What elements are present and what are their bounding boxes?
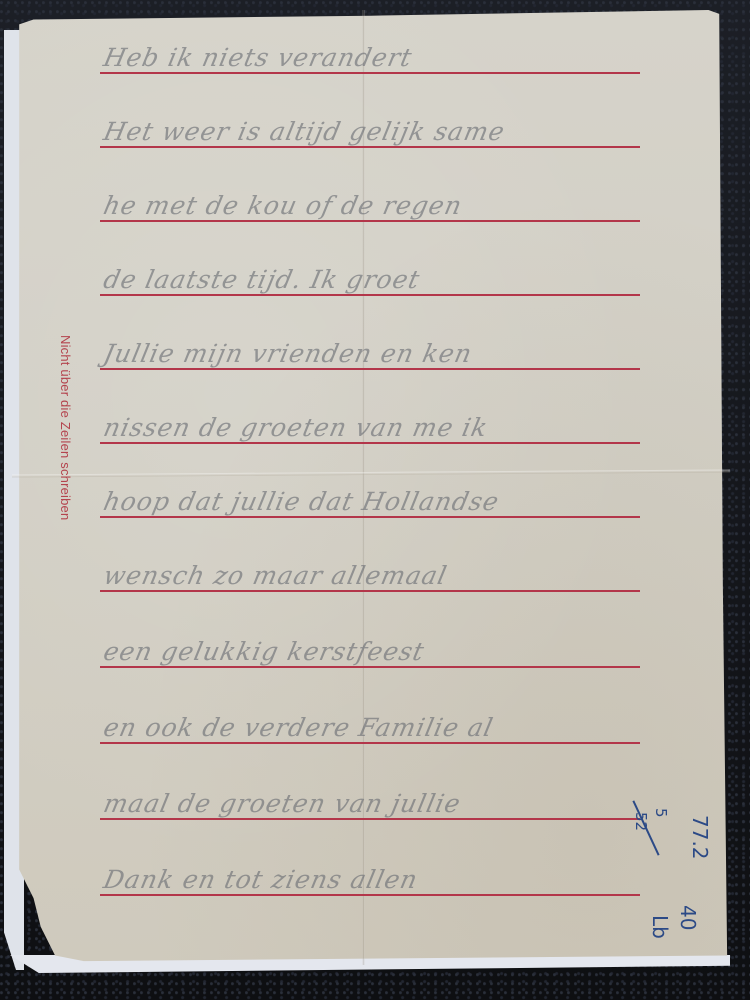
handwritten-text: en ook de verdere Familie al — [101, 713, 496, 742]
handwritten-text: een gelukkig kerstfeest — [101, 637, 427, 666]
ruled-line: Het weer is altijd gelijk same — [100, 78, 640, 148]
handwritten-text: Heb ik niets verandert — [101, 43, 415, 72]
red-rule-line — [100, 220, 640, 222]
ruled-line: een gelukkig kerstfeest — [100, 598, 640, 668]
pen-annotation-bottom: Lb — [648, 915, 672, 939]
handwritten-text: Jullie mijn vrienden en ken — [101, 339, 475, 368]
pen-annotation-fraction-denominator: 52 — [632, 812, 650, 831]
red-rule-line — [100, 516, 640, 518]
handwritten-text: maal de groeten van jullie — [101, 789, 464, 818]
red-rule-line — [100, 368, 640, 370]
ruled-line: Heb ik niets verandert — [100, 4, 640, 74]
ruled-line: maal de groeten van jullie — [100, 750, 640, 820]
red-rule-line — [100, 742, 640, 744]
margin-instruction: Nicht über die Zeilen schreiben — [58, 335, 73, 520]
handwritten-text: he met de kou of de regen — [101, 191, 465, 220]
pen-annotation-middle: 40 — [676, 905, 700, 930]
ruled-line: de laatste tijd. Ik groet — [100, 226, 640, 296]
ruled-line: hoop dat jullie dat Hollandse — [100, 448, 640, 518]
red-rule-line — [100, 442, 640, 444]
handwritten-text: Het weer is altijd gelijk same — [101, 117, 508, 146]
red-rule-line — [100, 590, 640, 592]
ruled-line: Dank en tot ziens allen — [100, 826, 640, 896]
handwritten-text: nissen de groeten van me ik — [101, 413, 491, 442]
ruled-line: en ook de verdere Familie al — [100, 674, 640, 744]
handwritten-text: wensch zo maar allemaal — [101, 561, 450, 590]
red-rule-line — [100, 294, 640, 296]
red-rule-line — [100, 894, 640, 896]
ruled-line: he met de kou of de regen — [100, 152, 640, 222]
handwritten-text: Dank en tot ziens allen — [101, 865, 421, 894]
ruled-line: nissen de groeten van me ik — [100, 374, 640, 444]
red-rule-line — [100, 146, 640, 148]
ruled-line: Jullie mijn vrienden en ken — [100, 300, 640, 370]
ruled-line: wensch zo maar allemaal — [100, 522, 640, 592]
pen-annotation-top: 77.2 — [688, 815, 712, 860]
red-rule-line — [100, 666, 640, 668]
red-rule-line — [100, 72, 640, 74]
handwritten-text: de laatste tijd. Ik groet — [101, 265, 423, 294]
handwritten-text: hoop dat jullie dat Hollandse — [101, 487, 502, 516]
red-rule-line — [100, 818, 640, 820]
pen-annotation-fraction-numerator: 5 — [652, 808, 670, 818]
